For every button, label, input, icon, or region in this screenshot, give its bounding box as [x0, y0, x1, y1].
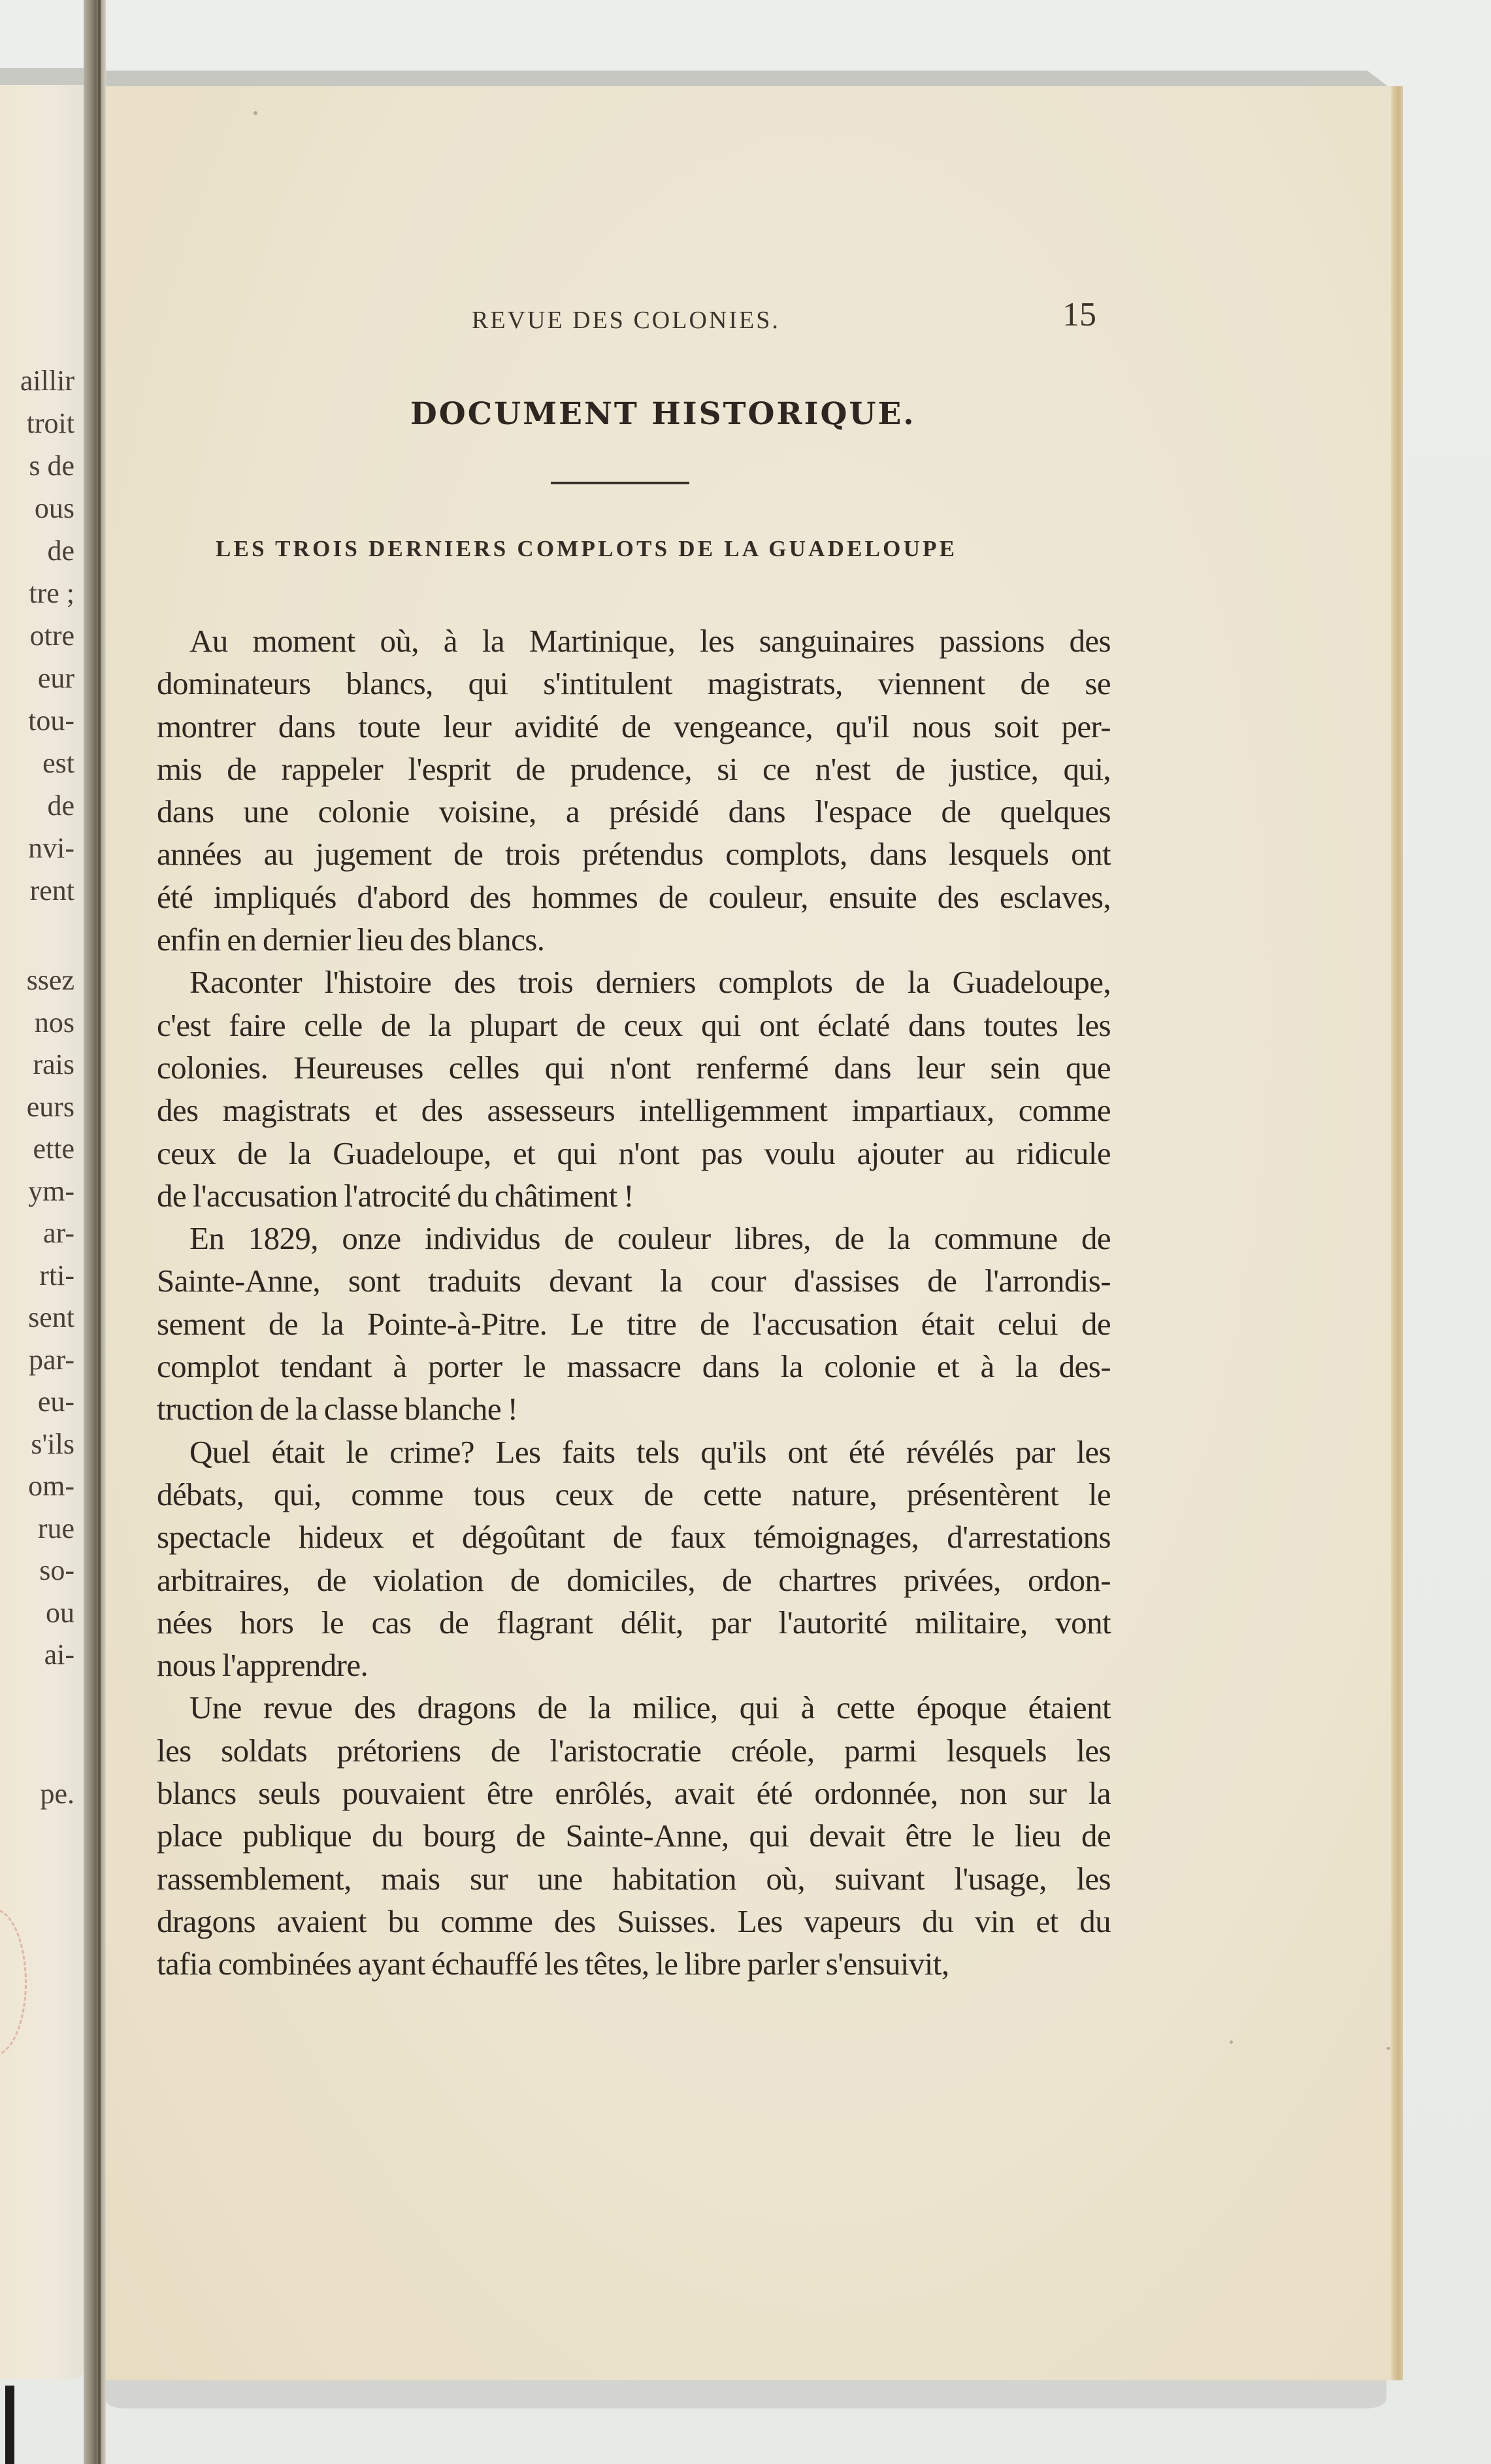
facing-page-text-fragment: s de: [29, 450, 74, 482]
paragraph-line: complot tendant à porter le massacre dan…: [157, 1345, 1111, 1388]
title-rule: [551, 482, 689, 484]
paragraph-line: sement de la Pointe-à-Pitre. Le titre de…: [157, 1303, 1111, 1345]
facing-page-text-fragment: est: [42, 747, 74, 780]
facing-page-text-fragment: s'ils: [31, 1428, 74, 1461]
paragraph-line: arbitraires, de violation de domiciles, …: [157, 1559, 1111, 1601]
paragraph-line: nous l'apprendre.: [157, 1644, 1111, 1686]
facing-page-text-fragment: ar-: [43, 1217, 74, 1250]
paragraph-line: nées hors le cas de flagrant délit, par …: [157, 1601, 1111, 1644]
facing-page-text-fragment: eur: [38, 662, 74, 695]
paragraph-line: tafia combinées ayant échauffé les têtes…: [157, 1942, 1111, 1985]
facing-page-text-fragment: ssez: [27, 964, 74, 997]
facing-page-text-fragment: par-: [29, 1344, 74, 1376]
facing-page-text-fragment: aillir: [20, 365, 74, 397]
facing-page-text-fragment: otre: [30, 620, 74, 652]
facing-page-text-fragment: troit: [27, 407, 74, 440]
body-text: Au moment où, à la Martinique, les sangu…: [157, 620, 1111, 1986]
section-title: DOCUMENT HISTORIQUE.: [410, 396, 916, 432]
facing-page-text-fragment: ous: [35, 492, 74, 525]
facing-page-text-fragment: tou-: [28, 705, 74, 737]
facing-page-text-fragment: rent: [30, 874, 74, 907]
facing-page-text-clip: aillirtroits deousdetre ;otreeurtou-estd…: [0, 85, 78, 2379]
facing-page-text-fragment: de: [47, 535, 74, 567]
facing-page-text-fragment: de: [47, 790, 74, 822]
paragraph-line: blancs seuls pouvaient être enrôlés, ava…: [157, 1772, 1111, 1814]
spine-line: [98, 0, 101, 2464]
paragraph-line: truction de la classe blanche !: [157, 1388, 1111, 1430]
paragraph-line: spectacle hideux et dégoûtant de faux té…: [157, 1516, 1111, 1558]
library-stamp: [0, 1908, 27, 2056]
facing-page-text-fragment: so-: [39, 1554, 74, 1587]
facing-page-text-fragment: nos: [35, 1007, 74, 1039]
paragraph-line: dragons avaient bu comme des Suisses. Le…: [157, 1900, 1111, 1942]
paragraph-line: rassemblement, mais sur une habitation o…: [157, 1857, 1111, 1900]
paragraph-line: c'est faire celle de la plupart de ceux …: [157, 1004, 1111, 1046]
facing-page-text-fragment: eurs: [27, 1091, 74, 1124]
paragraph-line: place publique du bourg de Sainte-Anne, …: [157, 1814, 1111, 1857]
paragraph-line: Une revue des dragons de la milice, qui …: [157, 1686, 1111, 1729]
paragraph-line: Raconter l'histoire des trois derniers c…: [157, 961, 1111, 1003]
paragraph-line: dominateurs blancs, qui s'intitulent mag…: [157, 662, 1111, 705]
article-subtitle: LES TROIS DERNIERS COMPLOTS DE LA GUADEL…: [216, 536, 957, 562]
running-head: REVUE DES COLONIES.: [472, 306, 780, 335]
paragraph-line: Au moment où, à la Martinique, les sangu…: [157, 620, 1111, 662]
facing-page-text-fragment: om-: [28, 1470, 74, 1503]
facing-page: aillirtroits deousdetre ;otreeurtou-estd…: [0, 85, 84, 2379]
paragraph-line: de l'accusation l'atrocité du châtiment …: [157, 1174, 1111, 1217]
facing-page-text-fragment: nvi-: [28, 832, 74, 865]
facing-page-text-fragment: ou: [46, 1597, 74, 1629]
facing-page-text-fragment: ette: [33, 1133, 74, 1165]
facing-page-text-fragment: ym-: [28, 1175, 74, 1208]
paragraph-line: mis de rappeler l'esprit de prudence, si…: [157, 748, 1111, 790]
book-spine: [84, 0, 106, 2464]
paragraph-line: montrer dans toute leur avidité de venge…: [157, 705, 1111, 748]
facing-page-text-fragment: sent: [28, 1301, 74, 1334]
facing-page-text-fragment: rue: [38, 1512, 74, 1545]
foxing-spot: [1230, 2040, 1233, 2044]
page-shadow-bottom: [106, 2379, 1386, 2408]
paragraph-line: dans une colonie voisine, a présidé dans…: [157, 790, 1111, 833]
paragraph-line: colonies. Heureuses celles qui n'ont ren…: [157, 1046, 1111, 1089]
facing-page-text-fragment: eu-: [38, 1386, 74, 1418]
facing-page-text-fragment: rti-: [39, 1259, 74, 1292]
paragraph-line: été impliqués d'abord des hommes de coul…: [157, 876, 1111, 918]
paragraph-line: débats, qui, comme tous ceux de cette na…: [157, 1473, 1111, 1516]
paragraph-line: En 1829, onze individus de couleur libre…: [157, 1217, 1111, 1259]
paragraph-line: Sainte-Anne, sont traduits devant la cou…: [157, 1259, 1111, 1302]
paragraph-line: ceux de la Guadeloupe, et qui n'ont pas …: [157, 1132, 1111, 1174]
foxing-spot: [254, 111, 257, 115]
facing-page-text-fragment: pe.: [40, 1778, 74, 1810]
paragraph-line: années au jugement de trois prétendus co…: [157, 833, 1111, 875]
paragraph-line: des magistrats et des assesseurs intelli…: [157, 1089, 1111, 1131]
page-edge: [1391, 86, 1403, 2380]
facing-page-text-fragment: rais: [33, 1048, 74, 1081]
paragraph-line: les soldats prétoriens de l'aristocratie…: [157, 1729, 1111, 1772]
paragraph-line: enfin en dernier lieu des blancs.: [157, 918, 1111, 961]
facing-page-text-fragment: ai-: [44, 1639, 74, 1671]
facing-page-text-fragment: tre ;: [29, 577, 74, 610]
bookmark-ribbon: [5, 2386, 14, 2464]
paragraph-line: Quel était le crime? Les faits tels qu'i…: [157, 1431, 1111, 1473]
foxing-spot: [1386, 2047, 1390, 2050]
page-number: 15: [1062, 295, 1096, 334]
